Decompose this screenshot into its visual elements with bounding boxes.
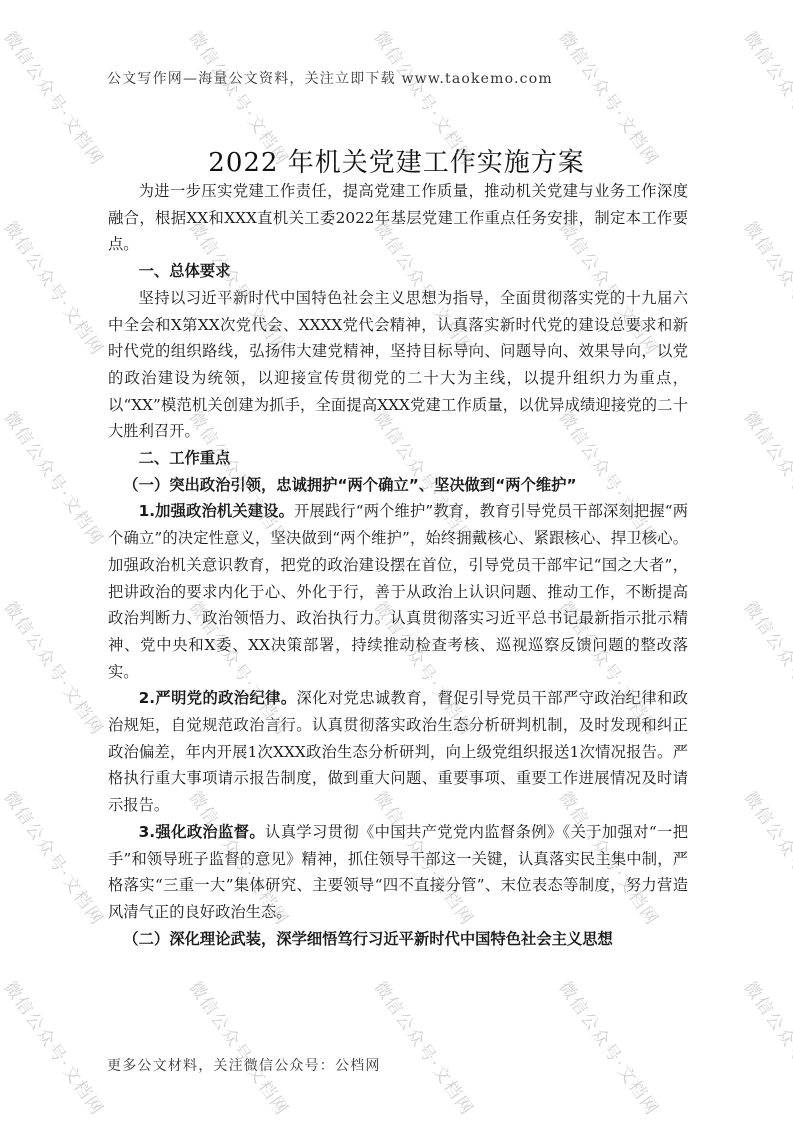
section-heading-work-focus: 二、工作重点 — [108, 445, 688, 472]
item-lead-1: 1.加强政治机关建设。 — [139, 502, 294, 520]
section-heading-general-requirements: 一、总体要求 — [108, 258, 688, 285]
item-paragraph-2: 2.严明党的政治纪律。深化对党忠诚教育，督促引导党员干部严守政治纪律和政治规矩，… — [108, 685, 688, 819]
watermark-text: 微信公众号·文档网 — [0, 975, 111, 1120]
item-lead-3: 3.强化政治监督。 — [139, 823, 265, 841]
watermark-text: 微信公众号·文档网 — [740, 975, 793, 1120]
page-header-text: 公文写作网—海量公文资料，关注立即下载 www.taokemo.com — [107, 68, 553, 88]
page-footer-text: 更多公文材料，关注微信公众号：公档网 — [107, 1055, 381, 1075]
watermark-text: 微信公众号·文档网 — [740, 215, 793, 360]
general-requirements-paragraph: 坚持以习近平新时代中国特色社会主义思想为指导，全面贯彻落实党的十九届六中全会和X… — [108, 285, 688, 445]
watermark-text: 微信公众号·文档网 — [555, 975, 667, 1120]
watermark-text: 微信公众号·文档网 — [0, 785, 111, 930]
item-text-1: 开展践行“两个维护”教育，教育引导党员干部深刻把握“两个确立”的决定性意义，坚决… — [108, 502, 688, 680]
item-paragraph-1: 1.加强政治机关建设。开展践行“两个维护”教育，教育引导党员干部深刻把握“两个确… — [108, 498, 688, 685]
document-title: 2022 年机关党建工作实施方案 — [0, 142, 793, 179]
watermark-text: 微信公众号·文档网 — [0, 405, 111, 550]
watermark-text: 微信公众号·文档网 — [370, 975, 482, 1120]
document-body: 为进一步压实党建工作责任，提高党建工作质量，推动机关党建与业务工作深度融合，根据… — [108, 178, 688, 952]
item-lead-2: 2.严明党的政治纪律。 — [139, 689, 297, 707]
subsection-heading-political-leadership: （一）突出政治引领，忠诚拥护“两个确立”、坚决做到“两个维护” — [108, 472, 688, 499]
watermark-text: 微信公众号·文档网 — [740, 595, 793, 740]
watermark-text: 微信公众号·文档网 — [740, 785, 793, 930]
item-text-2: 深化对党忠诚教育，督促引导党员干部严守政治纪律和政治规矩，自觉规范政治言行。认真… — [108, 689, 688, 814]
watermark-text: 微信公众号·文档网 — [185, 975, 297, 1120]
item-paragraph-3: 3.强化政治监督。认真学习贯彻《中国共产党党内监督条例》《关于加强对“一把手”和… — [108, 819, 688, 926]
subsection-heading-theory-armament: （二）深化理论武装，深学细悟笃行习近平新时代中国特色社会主义思想 — [108, 926, 688, 953]
watermark-text: 微信公众号·文档网 — [0, 595, 111, 740]
watermark-text: 微信公众号·文档网 — [0, 215, 111, 360]
watermark-text: 微信公众号·文档网 — [740, 405, 793, 550]
intro-paragraph: 为进一步压实党建工作责任，提高党建工作质量，推动机关党建与业务工作深度融合，根据… — [108, 178, 688, 258]
